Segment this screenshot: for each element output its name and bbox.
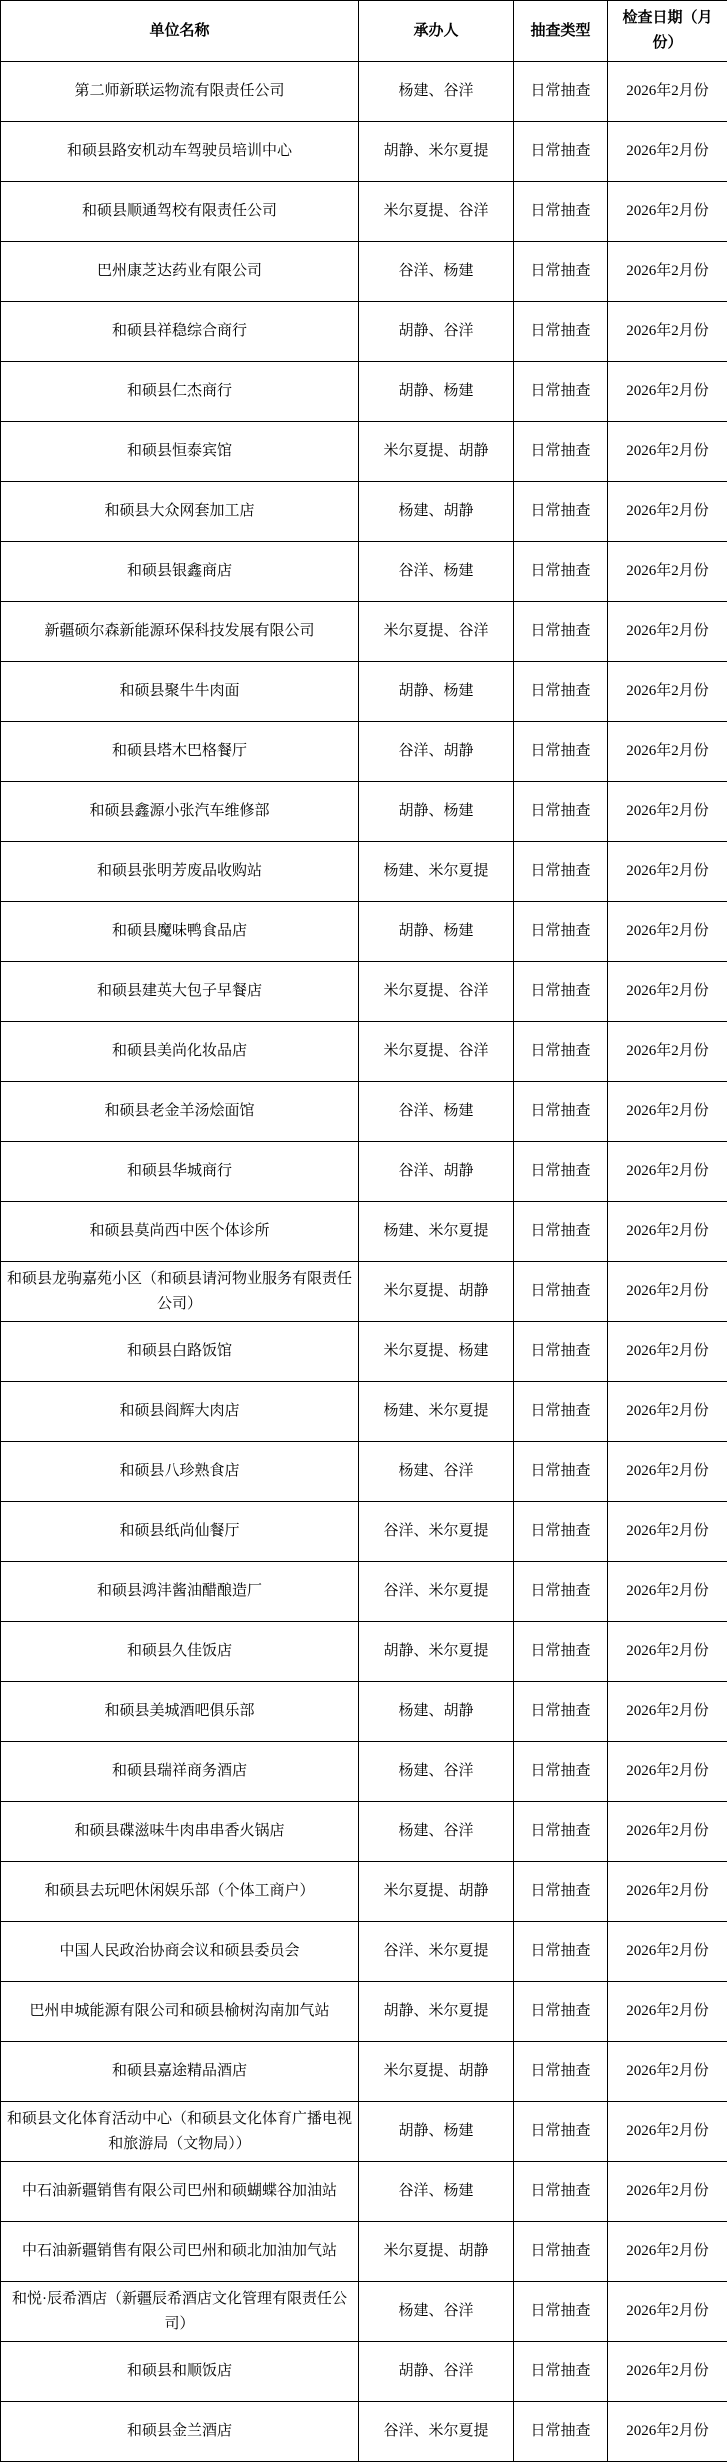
inspection-date-cell: 2026年2月份 xyxy=(608,2282,727,2342)
inspection-type-cell: 日常抽查 xyxy=(514,482,608,542)
table-row: 巴州康芝达药业有限公司谷洋、杨建日常抽查2026年2月份 xyxy=(1,242,727,302)
inspection-date-cell: 2026年2月份 xyxy=(608,242,727,302)
handler-cell: 谷洋、胡静 xyxy=(359,1142,514,1202)
unit-name-cell: 和硕县阎辉大肉店 xyxy=(1,1382,359,1442)
inspection-type-cell: 日常抽查 xyxy=(514,362,608,422)
unit-name-cell: 和硕县建英大包子早餐店 xyxy=(1,962,359,1022)
inspection-type-cell: 日常抽查 xyxy=(514,1982,608,2042)
handler-cell: 谷洋、杨建 xyxy=(359,242,514,302)
table-row: 和硕县去玩吧休闲娱乐部（个体工商户）米尔夏提、胡静日常抽查2026年2月份 xyxy=(1,1862,727,1922)
column-header-inspection-date: 检查日期（月份） xyxy=(608,1,727,62)
table-row: 中石油新疆销售有限公司巴州和硕北加油加气站米尔夏提、胡静日常抽查2026年2月份 xyxy=(1,2222,727,2282)
handler-cell: 米尔夏提、谷洋 xyxy=(359,962,514,1022)
unit-name-cell: 和硕县祥稳综合商行 xyxy=(1,302,359,362)
inspection-date-cell: 2026年2月份 xyxy=(608,1862,727,1922)
table-row: 和硕县阎辉大肉店杨建、米尔夏提日常抽查2026年2月份 xyxy=(1,1382,727,1442)
inspection-date-cell: 2026年2月份 xyxy=(608,1142,727,1202)
inspection-date-cell: 2026年2月份 xyxy=(608,842,727,902)
unit-name-cell: 第二师新联运物流有限责任公司 xyxy=(1,62,359,122)
unit-name-cell: 和硕县白路饭馆 xyxy=(1,1322,359,1382)
inspection-type-cell: 日常抽查 xyxy=(514,1622,608,1682)
inspection-date-cell: 2026年2月份 xyxy=(608,1502,727,1562)
handler-cell: 杨建、谷洋 xyxy=(359,2282,514,2342)
handler-cell: 杨建、胡静 xyxy=(359,482,514,542)
unit-name-cell: 中石油新疆销售有限公司巴州和硕北加油加气站 xyxy=(1,2222,359,2282)
inspection-date-cell: 2026年2月份 xyxy=(608,1982,727,2042)
table-row: 和硕县久佳饭店胡静、米尔夏提日常抽查2026年2月份 xyxy=(1,1622,727,1682)
unit-name-cell: 和硕县鑫源小张汽车维修部 xyxy=(1,782,359,842)
inspection-date-cell: 2026年2月份 xyxy=(608,1082,727,1142)
table-row: 和硕县银鑫商店谷洋、杨建日常抽查2026年2月份 xyxy=(1,542,727,602)
handler-cell: 谷洋、米尔夏提 xyxy=(359,1922,514,1982)
table-row: 和硕县魔味鸭食品店胡静、杨建日常抽查2026年2月份 xyxy=(1,902,727,962)
unit-name-cell: 和硕县顺通驾校有限责任公司 xyxy=(1,182,359,242)
inspection-date-cell: 2026年2月份 xyxy=(608,1442,727,1502)
handler-cell: 胡静、杨建 xyxy=(359,362,514,422)
unit-name-cell: 和硕县莫尚西中医个体诊所 xyxy=(1,1202,359,1262)
inspection-type-cell: 日常抽查 xyxy=(514,2282,608,2342)
inspection-type-cell: 日常抽查 xyxy=(514,1922,608,1982)
table-row: 和硕县张明芳废品收购站杨建、米尔夏提日常抽查2026年2月份 xyxy=(1,842,727,902)
inspection-type-cell: 日常抽查 xyxy=(514,302,608,362)
inspection-date-cell: 2026年2月份 xyxy=(608,722,727,782)
inspection-date-cell: 2026年2月份 xyxy=(608,2342,727,2402)
inspection-type-cell: 日常抽查 xyxy=(514,602,608,662)
handler-cell: 米尔夏提、谷洋 xyxy=(359,182,514,242)
handler-cell: 米尔夏提、谷洋 xyxy=(359,1022,514,1082)
inspection-type-cell: 日常抽查 xyxy=(514,1322,608,1382)
inspection-type-cell: 日常抽查 xyxy=(514,722,608,782)
handler-cell: 胡静、杨建 xyxy=(359,782,514,842)
unit-name-cell: 和硕县瑞祥商务酒店 xyxy=(1,1742,359,1802)
inspection-date-cell: 2026年2月份 xyxy=(608,422,727,482)
inspection-type-cell: 日常抽查 xyxy=(514,2042,608,2102)
inspection-date-cell: 2026年2月份 xyxy=(608,1202,727,1262)
inspection-date-cell: 2026年2月份 xyxy=(608,1322,727,1382)
handler-cell: 杨建、米尔夏提 xyxy=(359,1202,514,1262)
handler-cell: 胡静、谷洋 xyxy=(359,2342,514,2402)
column-header-handler: 承办人 xyxy=(359,1,514,62)
table-row: 新疆硕尔森新能源环保科技发展有限公司米尔夏提、谷洋日常抽查2026年2月份 xyxy=(1,602,727,662)
handler-cell: 杨建、米尔夏提 xyxy=(359,1382,514,1442)
inspection-type-cell: 日常抽查 xyxy=(514,1082,608,1142)
table-row: 中石油新疆销售有限公司巴州和硕蝴蝶谷加油站谷洋、杨建日常抽查2026年2月份 xyxy=(1,2162,727,2222)
column-header-inspection-type: 抽查类型 xyxy=(514,1,608,62)
unit-name-cell: 中石油新疆销售有限公司巴州和硕蝴蝶谷加油站 xyxy=(1,2162,359,2222)
handler-cell: 谷洋、米尔夏提 xyxy=(359,2402,514,2462)
unit-name-cell: 和硕县银鑫商店 xyxy=(1,542,359,602)
handler-cell: 胡静、米尔夏提 xyxy=(359,1622,514,1682)
inspection-date-cell: 2026年2月份 xyxy=(608,1802,727,1862)
handler-cell: 米尔夏提、胡静 xyxy=(359,2042,514,2102)
unit-name-cell: 和硕县纸尚仙餐厅 xyxy=(1,1502,359,1562)
unit-name-cell: 和硕县嘉途精品酒店 xyxy=(1,2042,359,2102)
unit-name-cell: 和硕县张明芳废品收购站 xyxy=(1,842,359,902)
table-row: 和硕县和顺饭店胡静、谷洋日常抽查2026年2月份 xyxy=(1,2342,727,2402)
inspection-type-cell: 日常抽查 xyxy=(514,962,608,1022)
handler-cell: 米尔夏提、胡静 xyxy=(359,1862,514,1922)
handler-cell: 谷洋、米尔夏提 xyxy=(359,1502,514,1562)
inspection-date-cell: 2026年2月份 xyxy=(608,2102,727,2162)
unit-name-cell: 和硕县大众网套加工店 xyxy=(1,482,359,542)
handler-cell: 胡静、谷洋 xyxy=(359,302,514,362)
unit-name-cell: 和硕县美城酒吧俱乐部 xyxy=(1,1682,359,1742)
handler-cell: 谷洋、杨建 xyxy=(359,542,514,602)
table-row: 和硕县路安机动车驾驶员培训中心胡静、米尔夏提日常抽查2026年2月份 xyxy=(1,122,727,182)
inspection-date-cell: 2026年2月份 xyxy=(608,662,727,722)
inspection-type-cell: 日常抽查 xyxy=(514,1862,608,1922)
header-row: 单位名称 承办人 抽查类型 检查日期（月份） xyxy=(1,1,727,62)
table-row: 和硕县碟滋味牛肉串串香火锅店杨建、谷洋日常抽查2026年2月份 xyxy=(1,1802,727,1862)
inspection-type-cell: 日常抽查 xyxy=(514,1442,608,1502)
unit-name-cell: 和硕县八珍熟食店 xyxy=(1,1442,359,1502)
handler-cell: 杨建、谷洋 xyxy=(359,1742,514,1802)
unit-name-cell: 和硕县去玩吧休闲娱乐部（个体工商户） xyxy=(1,1862,359,1922)
table-row: 巴州申城能源有限公司和硕县榆树沟南加气站胡静、米尔夏提日常抽查2026年2月份 xyxy=(1,1982,727,2042)
inspection-date-cell: 2026年2月份 xyxy=(608,962,727,1022)
table-row: 第二师新联运物流有限责任公司杨建、谷洋日常抽查2026年2月份 xyxy=(1,62,727,122)
inspection-type-cell: 日常抽查 xyxy=(514,1802,608,1862)
unit-name-cell: 和硕县碟滋味牛肉串串香火锅店 xyxy=(1,1802,359,1862)
unit-name-cell: 和硕县塔木巴格餐厅 xyxy=(1,722,359,782)
table-row: 和硕县美城酒吧俱乐部杨建、胡静日常抽查2026年2月份 xyxy=(1,1682,727,1742)
handler-cell: 杨建、谷洋 xyxy=(359,1442,514,1502)
table-row: 和硕县美尚化妆品店米尔夏提、谷洋日常抽查2026年2月份 xyxy=(1,1022,727,1082)
unit-name-cell: 和硕县路安机动车驾驶员培训中心 xyxy=(1,122,359,182)
inspection-type-cell: 日常抽查 xyxy=(514,2222,608,2282)
handler-cell: 谷洋、杨建 xyxy=(359,1082,514,1142)
inspection-table: 单位名称 承办人 抽查类型 检查日期（月份） 第二师新联运物流有限责任公司杨建、… xyxy=(0,0,727,2462)
unit-name-cell: 和硕县文化体育活动中心（和硕县文化体育广播电视和旅游局（文物局）） xyxy=(1,2102,359,2162)
inspection-type-cell: 日常抽查 xyxy=(514,662,608,722)
inspection-type-cell: 日常抽查 xyxy=(514,1022,608,1082)
handler-cell: 胡静、杨建 xyxy=(359,662,514,722)
table-row: 和硕县鑫源小张汽车维修部胡静、杨建日常抽查2026年2月份 xyxy=(1,782,727,842)
unit-name-cell: 巴州康芝达药业有限公司 xyxy=(1,242,359,302)
table-row: 和硕县建英大包子早餐店米尔夏提、谷洋日常抽查2026年2月份 xyxy=(1,962,727,1022)
inspection-type-cell: 日常抽查 xyxy=(514,1202,608,1262)
inspection-type-cell: 日常抽查 xyxy=(514,842,608,902)
handler-cell: 胡静、米尔夏提 xyxy=(359,122,514,182)
table-body: 第二师新联运物流有限责任公司杨建、谷洋日常抽查2026年2月份和硕县路安机动车驾… xyxy=(1,62,727,2462)
unit-name-cell: 和硕县鸿沣酱油醋酿造厂 xyxy=(1,1562,359,1622)
column-header-unit-name: 单位名称 xyxy=(1,1,359,62)
inspection-type-cell: 日常抽查 xyxy=(514,1562,608,1622)
inspection-type-cell: 日常抽查 xyxy=(514,2102,608,2162)
inspection-date-cell: 2026年2月份 xyxy=(608,2222,727,2282)
inspection-type-cell: 日常抽查 xyxy=(514,1502,608,1562)
inspection-type-cell: 日常抽查 xyxy=(514,2402,608,2462)
table-row: 和硕县嘉途精品酒店米尔夏提、胡静日常抽查2026年2月份 xyxy=(1,2042,727,2102)
inspection-date-cell: 2026年2月份 xyxy=(608,62,727,122)
handler-cell: 米尔夏提、谷洋 xyxy=(359,602,514,662)
table-row: 和硕县瑞祥商务酒店杨建、谷洋日常抽查2026年2月份 xyxy=(1,1742,727,1802)
unit-name-cell: 和硕县金兰酒店 xyxy=(1,2402,359,2462)
inspection-type-cell: 日常抽查 xyxy=(514,242,608,302)
handler-cell: 胡静、杨建 xyxy=(359,2102,514,2162)
handler-cell: 谷洋、米尔夏提 xyxy=(359,1562,514,1622)
table-row: 和硕县华城商行谷洋、胡静日常抽查2026年2月份 xyxy=(1,1142,727,1202)
unit-name-cell: 巴州申城能源有限公司和硕县榆树沟南加气站 xyxy=(1,1982,359,2042)
inspection-type-cell: 日常抽查 xyxy=(514,1742,608,1802)
table-row: 和硕县龙驹嘉苑小区（和硕县请河物业服务有限责任公司）米尔夏提、胡静日常抽查202… xyxy=(1,1262,727,1322)
unit-name-cell: 和硕县久佳饭店 xyxy=(1,1622,359,1682)
inspection-date-cell: 2026年2月份 xyxy=(608,122,727,182)
inspection-type-cell: 日常抽查 xyxy=(514,1142,608,1202)
handler-cell: 米尔夏提、胡静 xyxy=(359,2222,514,2282)
inspection-date-cell: 2026年2月份 xyxy=(608,2162,727,2222)
inspection-type-cell: 日常抽查 xyxy=(514,62,608,122)
inspection-type-cell: 日常抽查 xyxy=(514,2342,608,2402)
handler-cell: 杨建、米尔夏提 xyxy=(359,842,514,902)
inspection-type-cell: 日常抽查 xyxy=(514,422,608,482)
inspection-date-cell: 2026年2月份 xyxy=(608,602,727,662)
inspection-type-cell: 日常抽查 xyxy=(514,1262,608,1322)
inspection-date-cell: 2026年2月份 xyxy=(608,1562,727,1622)
table-row: 和硕县莫尚西中医个体诊所杨建、米尔夏提日常抽查2026年2月份 xyxy=(1,1202,727,1262)
inspection-date-cell: 2026年2月份 xyxy=(608,1742,727,1802)
inspection-date-cell: 2026年2月份 xyxy=(608,1382,727,1442)
unit-name-cell: 和硕县华城商行 xyxy=(1,1142,359,1202)
inspection-date-cell: 2026年2月份 xyxy=(608,1622,727,1682)
handler-cell: 杨建、胡静 xyxy=(359,1682,514,1742)
table-row: 和硕县聚牛牛肉面胡静、杨建日常抽查2026年2月份 xyxy=(1,662,727,722)
inspection-type-cell: 日常抽查 xyxy=(514,782,608,842)
inspection-type-cell: 日常抽查 xyxy=(514,542,608,602)
unit-name-cell: 新疆硕尔森新能源环保科技发展有限公司 xyxy=(1,602,359,662)
inspection-date-cell: 2026年2月份 xyxy=(608,1922,727,1982)
inspection-type-cell: 日常抽查 xyxy=(514,902,608,962)
unit-name-cell: 和硕县美尚化妆品店 xyxy=(1,1022,359,1082)
inspection-date-cell: 2026年2月份 xyxy=(608,1682,727,1742)
inspection-type-cell: 日常抽查 xyxy=(514,182,608,242)
inspection-date-cell: 2026年2月份 xyxy=(608,482,727,542)
inspection-type-cell: 日常抽查 xyxy=(514,2162,608,2222)
inspection-date-cell: 2026年2月份 xyxy=(608,2402,727,2462)
handler-cell: 杨建、谷洋 xyxy=(359,62,514,122)
inspection-type-cell: 日常抽查 xyxy=(514,1382,608,1442)
unit-name-cell: 和硕县老金羊汤烩面馆 xyxy=(1,1082,359,1142)
handler-cell: 杨建、谷洋 xyxy=(359,1802,514,1862)
unit-name-cell: 中国人民政治协商会议和硕县委员会 xyxy=(1,1922,359,1982)
handler-cell: 米尔夏提、胡静 xyxy=(359,422,514,482)
inspection-type-cell: 日常抽查 xyxy=(514,1682,608,1742)
inspection-date-cell: 2026年2月份 xyxy=(608,902,727,962)
table-row: 和硕县白路饭馆米尔夏提、杨建日常抽查2026年2月份 xyxy=(1,1322,727,1382)
table-row: 和硕县文化体育活动中心（和硕县文化体育广播电视和旅游局（文物局））胡静、杨建日常… xyxy=(1,2102,727,2162)
table-row: 和硕县恒泰宾馆米尔夏提、胡静日常抽查2026年2月份 xyxy=(1,422,727,482)
table-row: 中国人民政治协商会议和硕县委员会谷洋、米尔夏提日常抽查2026年2月份 xyxy=(1,1922,727,1982)
handler-cell: 谷洋、胡静 xyxy=(359,722,514,782)
unit-name-cell: 和硕县恒泰宾馆 xyxy=(1,422,359,482)
unit-name-cell: 和硕县和顺饭店 xyxy=(1,2342,359,2402)
table-row: 和悦·辰希酒店（新疆辰希酒店文化管理有限责任公司）杨建、谷洋日常抽查2026年2… xyxy=(1,2282,727,2342)
inspection-date-cell: 2026年2月份 xyxy=(608,782,727,842)
inspection-date-cell: 2026年2月份 xyxy=(608,182,727,242)
inspection-date-cell: 2026年2月份 xyxy=(608,362,727,422)
unit-name-cell: 和硕县龙驹嘉苑小区（和硕县请河物业服务有限责任公司） xyxy=(1,1262,359,1322)
inspection-date-cell: 2026年2月份 xyxy=(608,1022,727,1082)
table-row: 和硕县鸿沣酱油醋酿造厂谷洋、米尔夏提日常抽查2026年2月份 xyxy=(1,1562,727,1622)
table-row: 和硕县顺通驾校有限责任公司米尔夏提、谷洋日常抽查2026年2月份 xyxy=(1,182,727,242)
table-row: 和硕县祥稳综合商行胡静、谷洋日常抽查2026年2月份 xyxy=(1,302,727,362)
inspection-date-cell: 2026年2月份 xyxy=(608,542,727,602)
handler-cell: 米尔夏提、胡静 xyxy=(359,1262,514,1322)
inspection-date-cell: 2026年2月份 xyxy=(608,1262,727,1322)
unit-name-cell: 和硕县聚牛牛肉面 xyxy=(1,662,359,722)
table-row: 和硕县塔木巴格餐厅谷洋、胡静日常抽查2026年2月份 xyxy=(1,722,727,782)
table-row: 和硕县老金羊汤烩面馆谷洋、杨建日常抽查2026年2月份 xyxy=(1,1082,727,1142)
table-row: 和硕县八珍熟食店杨建、谷洋日常抽查2026年2月份 xyxy=(1,1442,727,1502)
handler-cell: 米尔夏提、杨建 xyxy=(359,1322,514,1382)
inspection-date-cell: 2026年2月份 xyxy=(608,302,727,362)
table-row: 和硕县仁杰商行胡静、杨建日常抽查2026年2月份 xyxy=(1,362,727,422)
handler-cell: 谷洋、杨建 xyxy=(359,2162,514,2222)
table-row: 和硕县纸尚仙餐厅谷洋、米尔夏提日常抽查2026年2月份 xyxy=(1,1502,727,1562)
inspection-type-cell: 日常抽查 xyxy=(514,122,608,182)
unit-name-cell: 和悦·辰希酒店（新疆辰希酒店文化管理有限责任公司） xyxy=(1,2282,359,2342)
unit-name-cell: 和硕县魔味鸭食品店 xyxy=(1,902,359,962)
table-row: 和硕县大众网套加工店杨建、胡静日常抽查2026年2月份 xyxy=(1,482,727,542)
table-row: 和硕县金兰酒店谷洋、米尔夏提日常抽查2026年2月份 xyxy=(1,2402,727,2462)
handler-cell: 胡静、杨建 xyxy=(359,902,514,962)
handler-cell: 胡静、米尔夏提 xyxy=(359,1982,514,2042)
inspection-date-cell: 2026年2月份 xyxy=(608,2042,727,2102)
unit-name-cell: 和硕县仁杰商行 xyxy=(1,362,359,422)
